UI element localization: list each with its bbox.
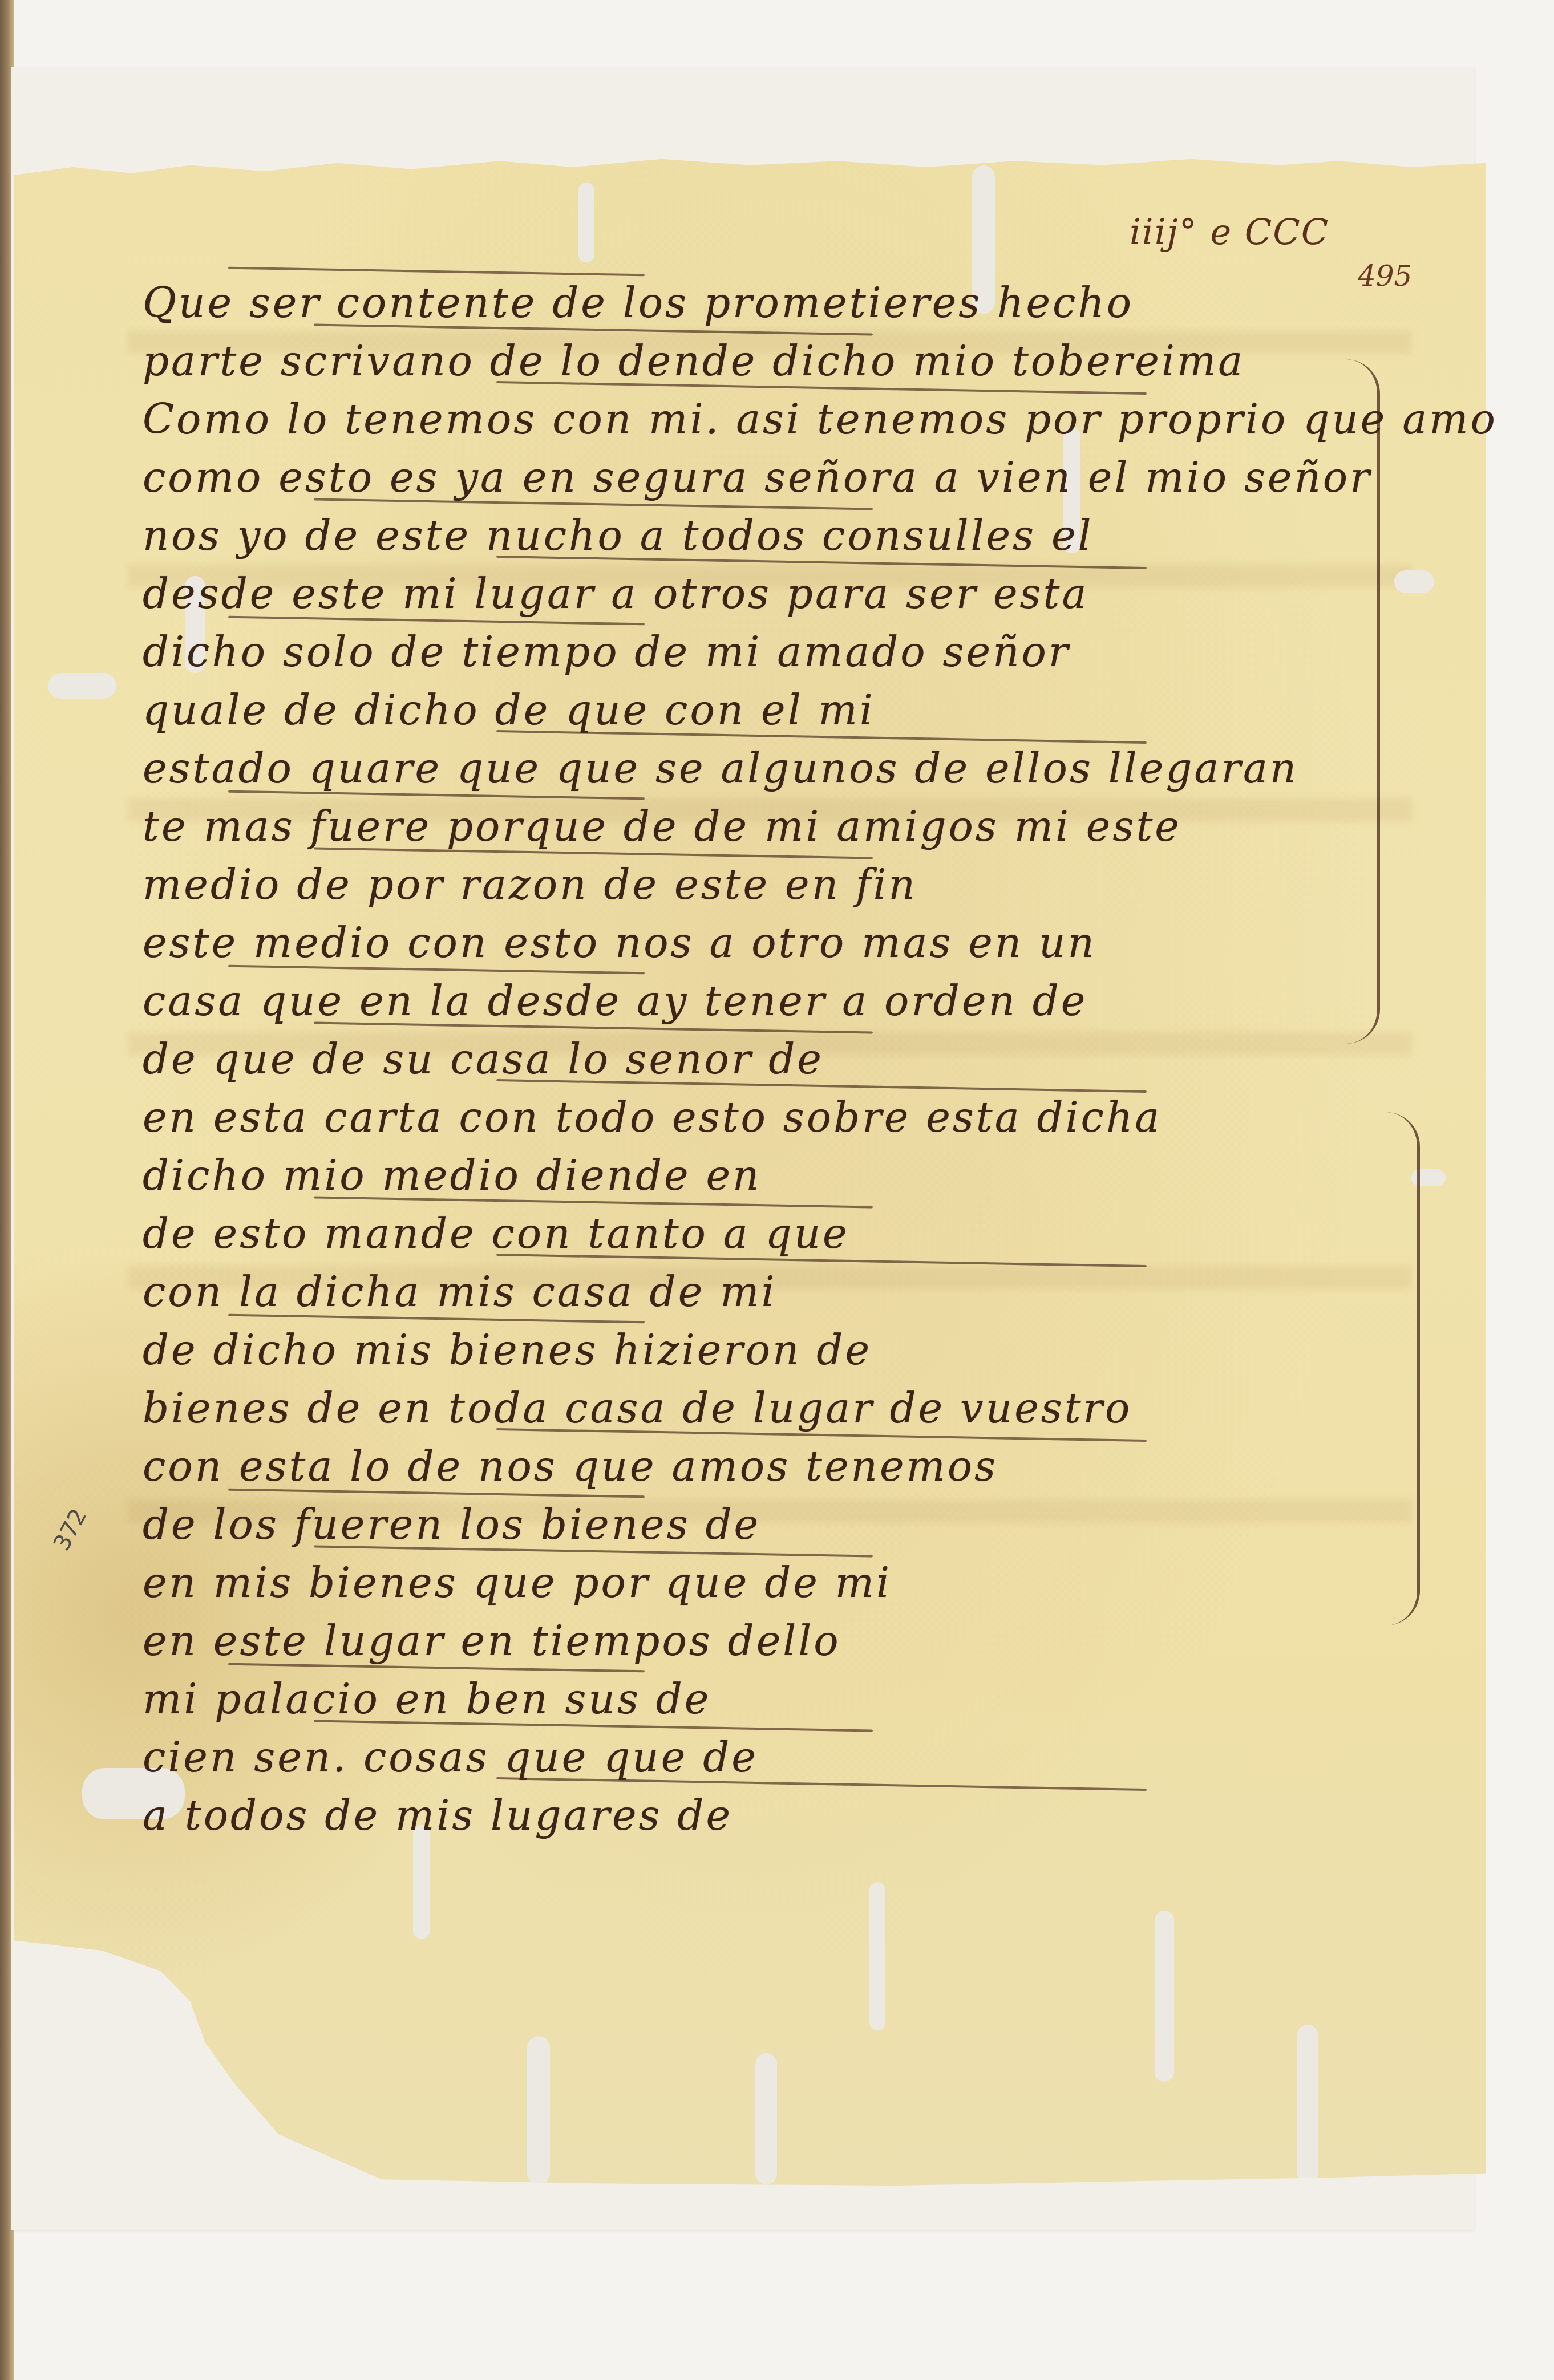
paper-loss <box>48 673 116 699</box>
text-line: te mas fuere porque de de mi amigos mi e… <box>143 797 1386 855</box>
folio-heading: iiij° e CCC <box>1130 211 1329 253</box>
text-line: quale de dicho de que con el mi <box>143 681 1386 739</box>
text-line: este medio con esto nos a otro mas en un <box>143 914 1386 972</box>
text-line: de esto mande con tanto a que <box>143 1205 1386 1263</box>
manuscript-text: Que ser contente de los prometieres hech… <box>143 274 1386 1844</box>
text-line: nos yo de este nucho a todos consulles e… <box>143 506 1386 565</box>
text-line: casa que en la desde ay tener a orden de <box>143 972 1386 1030</box>
paper-loss <box>1155 1911 1174 2082</box>
text-line: de los fueren los bienes de <box>143 1495 1386 1554</box>
paper-loss <box>869 1882 885 2030</box>
text-line: desde este mi lugar a otros para ser est… <box>143 565 1386 623</box>
text-line: Que ser contente de los prometieres hech… <box>143 274 1386 332</box>
text-line: Como lo tenemos con mi. asi tenemos por … <box>143 390 1386 448</box>
text-line: en mis bienes que por que de mi <box>143 1554 1386 1612</box>
text-line: con esta lo de nos que amos tenemos <box>143 1437 1386 1495</box>
text-line: en este lugar en tiempos dello <box>143 1612 1386 1670</box>
paper-loss <box>1394 570 1434 593</box>
text-line: con la dicha mis casa de mi <box>143 1263 1386 1321</box>
paper-loss <box>1297 2025 1318 2184</box>
text-line: de que de su casa lo senor de <box>143 1030 1386 1088</box>
text-line: estado quare que que se algunos de ellos… <box>143 739 1386 797</box>
text-line: a todos de mis lugares de <box>143 1786 1386 1844</box>
paper-loss <box>527 2036 550 2184</box>
text-line: dicho solo de tiempo de mi amado señor <box>143 623 1386 681</box>
text-line: cien sen. cosas que que de <box>143 1728 1386 1786</box>
text-line: de dicho mis bienes hizieron de <box>143 1321 1386 1379</box>
text-line: en esta carta con todo esto sobre esta d… <box>143 1088 1386 1146</box>
text-line: mi palacio en ben sus de <box>143 1670 1386 1728</box>
text-line: medio de por razon de este en fin <box>143 855 1386 914</box>
paper-loss <box>755 2053 777 2184</box>
text-line: como esto es ya en segura señora a vien … <box>143 448 1386 506</box>
text-line: parte scrivano de lo dende dicho mio tob… <box>143 332 1386 390</box>
text-line: dicho mio medio diende en <box>143 1146 1386 1205</box>
text-line: bienes de en toda casa de lugar de vuest… <box>143 1379 1386 1437</box>
paper-loss <box>578 183 594 262</box>
